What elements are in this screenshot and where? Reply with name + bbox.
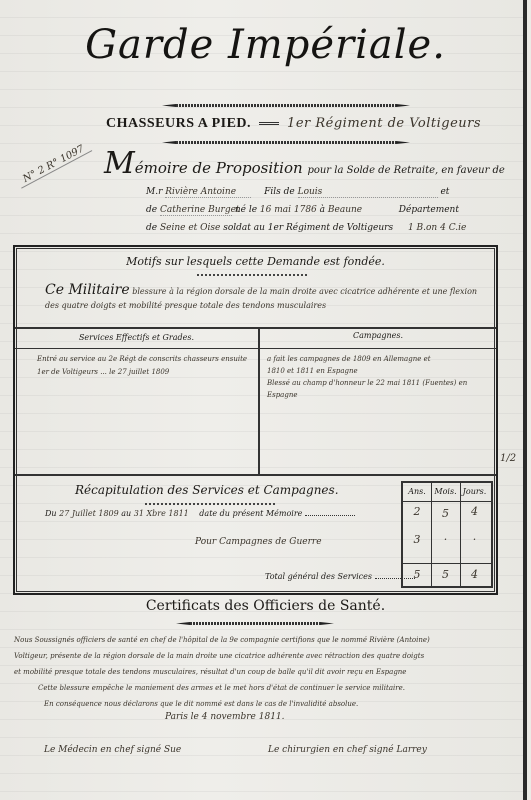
total-label-line: Total général des Services	[265, 572, 415, 581]
subject-line-1: M.r Rivière Antoine Fils de Louis et	[146, 187, 510, 198]
service-entry: Entré au service au 2e Régt de conscrits…	[37, 353, 257, 366]
and-label: et	[440, 187, 449, 197]
memoire-subtitle: pour la Solde de Retraite, en faveur de	[307, 165, 504, 176]
certificat-body: Nous Soussignés officiers de santé en ch…	[14, 632, 514, 712]
header-jours: Jours.	[460, 487, 489, 496]
departement-label: Département	[399, 205, 459, 215]
soldat-label: soldat au	[223, 223, 265, 233]
born-place-label: à	[320, 205, 325, 215]
father-name: Louis	[298, 187, 438, 198]
recap-suffix: date du présent Mémoire	[199, 509, 302, 518]
campagne-entry: 1810 et 1811 en Espagne	[267, 365, 492, 377]
born-date: 16 mai 1786	[260, 205, 317, 215]
signature-chirurgien: Le chirurgien en chef signé Larrey	[268, 745, 427, 755]
fils-label: Fils de	[264, 187, 295, 197]
certificat-line: et mobilité presque totale des tendons m…	[14, 664, 514, 680]
certificat-ornament-rule	[190, 622, 320, 625]
campagne-entry: Espagne	[267, 389, 492, 401]
compagnie-value: 4 C.ie	[440, 223, 466, 233]
subject-line-2: de Catherine Burget né le 16 mai 1786 à …	[146, 205, 510, 216]
recap-line-1: Du 27 Juillet 1809 au 31 Xbre 1811 date …	[45, 509, 355, 518]
memoire-title: émoire de Proposition	[135, 159, 303, 177]
title-ornament-rule	[176, 104, 396, 107]
campagne-entry: a fait les campagnes de 1809 en Allemagn…	[267, 353, 492, 365]
total-label: Total général des Services	[265, 572, 372, 581]
header-ans: Ans.	[403, 487, 431, 496]
corps-label: CHASSEURS A PIED.	[106, 116, 251, 131]
mother-prefix: de	[146, 205, 157, 215]
bataillon-value: 1 B.on	[408, 223, 437, 233]
corps-dash	[259, 122, 279, 125]
certificat-line: En conséquence nous déclarons que le dit…	[14, 696, 514, 712]
recap-from-date: 27 Juillet 1809	[59, 509, 119, 518]
subject-regiment: 1er Régiment de Voltigeurs	[268, 223, 393, 233]
recap-line-campagnes: Pour Campagnes de Guerre	[195, 537, 322, 547]
certificat-line: Nous Soussignés officiers de santé en ch…	[14, 632, 514, 648]
subject-line-3: de Seine et Oise soldat au 1er Régiment …	[146, 223, 510, 233]
au-label: au	[121, 509, 131, 518]
recap-top-rule	[15, 474, 496, 476]
signature-medecin: Le Médecin en chef signé Sue	[44, 745, 181, 755]
document-title: Garde Impériale.	[0, 22, 531, 68]
services-header-rule	[15, 348, 496, 349]
motifs-heading: Motifs sur lesquels cette Demande est fo…	[15, 255, 496, 268]
scan-edge	[523, 0, 527, 800]
recap-to-date: 31 Xbre 1811	[134, 509, 189, 518]
certificat-heading: Certificats des Officiers de Santé.	[0, 598, 531, 614]
recap-heading: Récapitulation des Services et Campagnes…	[75, 483, 339, 497]
margin-mark: 1/2	[500, 453, 516, 464]
row2-jours: ·	[460, 533, 489, 546]
document-page: Garde Impériale. CHASSEURS A PIED. 1er R…	[0, 0, 527, 800]
certificat-line: Cette blessure empêche le maniement des …	[14, 680, 514, 696]
services-top-rule	[15, 327, 496, 329]
campagnes-heading: Campagnes.	[260, 331, 496, 340]
services-entries: Entré au service au 2e Régt de conscrits…	[37, 353, 257, 379]
services-heading: Services Effectifs et Grades.	[15, 333, 258, 342]
total-mois: 5	[431, 568, 460, 581]
departement-value: Seine et Oise	[160, 223, 220, 233]
regiment-value: 1er Régiment de Voltigeurs	[287, 116, 481, 131]
row1-ans: 2	[403, 505, 431, 518]
motifs-heading-rule	[197, 274, 307, 276]
dot-leader	[305, 515, 355, 516]
recap-table: Ans. Mois. Jours. 2 5 4 3 · · 5 5 4	[401, 481, 493, 588]
memoire-heading: Mémoire de Proposition pour la Solde de …	[104, 146, 505, 181]
row1-mois: 5	[431, 507, 460, 520]
ce-militaire-label: Ce Militaire	[45, 282, 130, 298]
memoire-initial: M	[104, 146, 135, 181]
born-label: né le	[235, 205, 257, 215]
corps-ornament-rule	[176, 141, 396, 144]
row-divider	[403, 501, 491, 502]
motifs-text-block: Ce Militaire blessure à la région dorsal…	[45, 283, 485, 313]
row2-ans: 3	[403, 533, 431, 546]
subject-name: Rivière Antoine	[165, 187, 251, 198]
row2-mois: ·	[431, 533, 460, 546]
row1-jours: 4	[460, 505, 489, 518]
mother-name: Catherine Burget	[160, 205, 232, 216]
campagne-entry: Blessé au champ d'honneur le 22 mai 1811…	[267, 377, 492, 389]
service-entry: 1er de Voltigeurs ... le 27 juillet 1809	[37, 366, 257, 379]
certificat-line: Voltigeur, présente de la région dorsale…	[14, 648, 514, 664]
corps-line: CHASSEURS A PIED. 1er Régiment de Voltig…	[106, 116, 481, 132]
born-place: Beaune	[328, 205, 378, 215]
services-campagnes-divider	[258, 327, 260, 474]
recap-heading-rule	[145, 503, 275, 505]
registry-number-note: N° 2 R° 1097	[16, 141, 92, 189]
certificat-place-date: Paris le 4 novembre 1811.	[165, 712, 285, 722]
row-divider	[403, 563, 491, 564]
total-jours: 4	[460, 568, 489, 581]
departement-prefix: de	[146, 223, 157, 233]
campagnes-entries: a fait les campagnes de 1809 en Allemagn…	[267, 353, 492, 401]
subject-prefix: M.r	[146, 187, 162, 197]
total-ans: 5	[403, 568, 431, 581]
du-label: Du	[45, 509, 57, 518]
header-mois: Mois.	[431, 487, 460, 496]
